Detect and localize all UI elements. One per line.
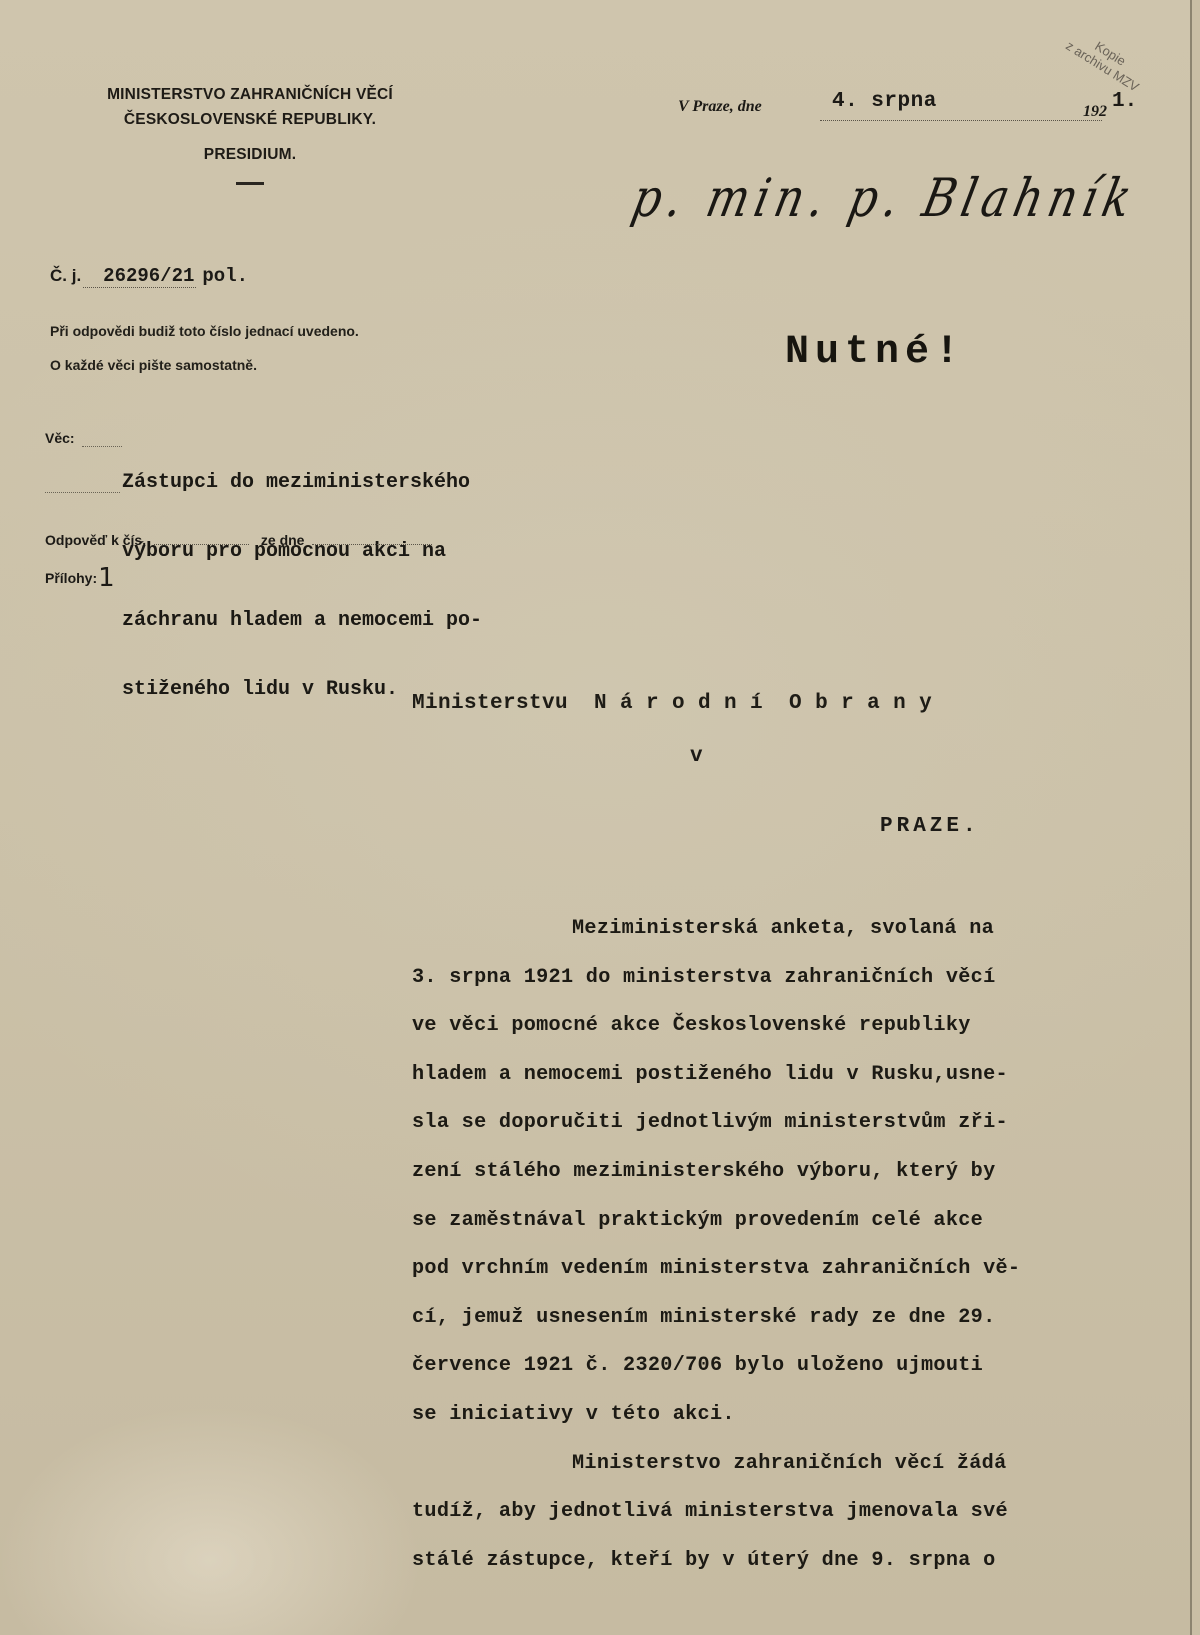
document-page: MINISTERSTVO ZAHRANIČNÍCH VĚCÍ ČESKOSLOV…: [0, 0, 1192, 1635]
reply-date-field: [312, 534, 432, 545]
reply-reference-row: Odpověď k čís. ze dne: [45, 532, 432, 548]
letterhead-divider: [236, 182, 264, 185]
place-date-label: V Praze, dne: [678, 98, 762, 116]
stamp-line-2: z archivu MZV: [1039, 23, 1166, 110]
date-year-prefix: 192: [1083, 103, 1107, 121]
attachments-count: 1: [98, 563, 115, 593]
body-line: pod vrchním vedením ministerstva zahrani…: [412, 1245, 1102, 1294]
body-line: Ministerstvo zahraničních věcí žádá: [412, 1440, 1102, 1489]
body-line: se zaměstnával praktickým provedením cel…: [412, 1197, 1102, 1246]
reference-number: Č. j.26296/21pol.: [50, 265, 248, 287]
letter-body: Meziministerská anketa, svolaná na 3. sr…: [412, 905, 1102, 1585]
body-line: stálé zástupce, kteří by v úterý dne 9. …: [412, 1537, 1102, 1586]
subject-rule-2: [45, 492, 120, 493]
handwritten-annotation: p. min. p. Blahník: [627, 168, 1142, 229]
body-line: sla se doporučiti jednotlivým ministerst…: [412, 1099, 1102, 1148]
stamp-line-1: Kopie: [1047, 10, 1174, 97]
attachments-label: Přílohy:: [45, 570, 97, 586]
reply-number-field: [154, 534, 249, 545]
addressee-city: PRAZE.: [880, 815, 980, 838]
instruction-cite-number: Při odpovědi budiž toto číslo jednací uv…: [50, 323, 359, 339]
instruction-separate-matters: O každé věci pište samostatně.: [50, 357, 257, 373]
subject-rule-1: [82, 446, 122, 447]
body-line: cí, jemuž usnesením ministerské rady ze …: [412, 1294, 1102, 1343]
reference-label: Č. j.: [50, 266, 81, 285]
body-line: ve věci pomocné akce Československé repu…: [412, 1002, 1102, 1051]
letterhead-republic: ČESKOSLOVENSKÉ REPUBLIKY.: [55, 107, 445, 133]
body-line: tudíž, aby jednotlivá ministerstva jmeno…: [412, 1488, 1102, 1537]
subject-line: záchranu hladem a nemocemi po-: [122, 609, 482, 632]
body-line: hladem a nemocemi postiženého lidu v Rus…: [412, 1051, 1102, 1100]
reference-value: 26296/21: [83, 265, 196, 288]
body-line: 3. srpna 1921 do ministerstva zahraniční…: [412, 954, 1102, 1003]
body-line: Meziministerská anketa, svolaná na: [412, 905, 1102, 954]
letterhead-ministry: MINISTERSTVO ZAHRANIČNÍCH VĚCÍ: [55, 82, 445, 108]
subject-label: Věc:: [45, 430, 75, 446]
urgency-mark: Nutné!: [785, 330, 965, 375]
date-day-month: 4. srpna: [832, 90, 937, 113]
letterhead-department: PRESIDIUM.: [55, 142, 445, 168]
date-dotted-line: [820, 120, 1102, 121]
body-line: zení stálého meziministerského výboru, k…: [412, 1148, 1102, 1197]
addressee-preposition: v: [690, 745, 703, 768]
body-line: se iniciativy v této akci.: [412, 1391, 1102, 1440]
addressee-ministry: Ministerstvu N á r o d n í O b r a n y: [412, 692, 932, 715]
reference-suffix: pol.: [202, 265, 248, 287]
reply-date-label: ze dne: [261, 532, 305, 548]
date-year-suffix: 1.: [1112, 90, 1137, 113]
letterhead: MINISTERSTVO ZAHRANIČNÍCH VĚCÍ ČESKOSLOV…: [55, 82, 445, 185]
archive-stamp: Kopie z archivu MZV: [1007, 10, 1173, 161]
attachments-row: Přílohy:1: [45, 563, 115, 593]
subject-line: Zástupci do meziministerského: [122, 471, 482, 494]
body-line: července 1921 č. 2320/706 bylo uloženo u…: [412, 1342, 1102, 1391]
reply-number-label: Odpověď k čís.: [45, 532, 146, 548]
